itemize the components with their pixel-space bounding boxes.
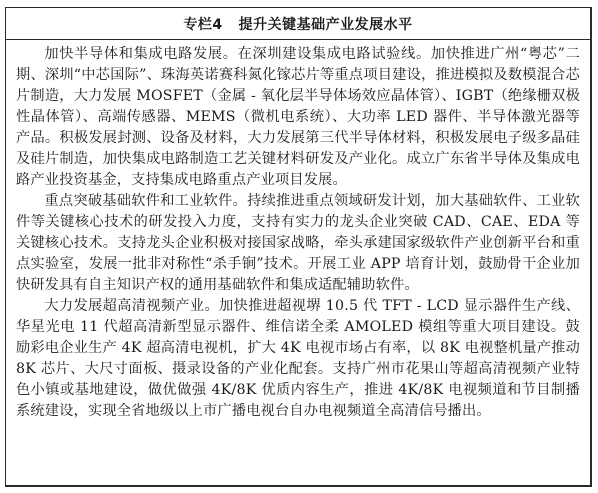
box-body: 加快半导体和集成电路发展。在深圳建设集成电路试验线。加快推进广州“粤芯”二期、深…: [6, 40, 590, 422]
box-header: 专栏4 提升关键基础产业发展水平: [6, 8, 590, 40]
paragraph-software: 重点突破基础软件和工业软件。持续推进重点领域研发计划，加大基础软件、工业软件等关…: [16, 191, 580, 296]
paragraph-semiconductor: 加快半导体和集成电路发展。在深圳建设集成电路试验线。加快推进广州“粤芯”二期、深…: [16, 44, 580, 191]
column-label: 专栏4: [183, 14, 222, 34]
paragraph-uhd-video: 大力发展超高清视频产业。加快推进超视堺 10.5 代 TFT - LCD 显示器…: [16, 296, 580, 422]
box-title: 提升关键基础产业发展水平: [239, 14, 413, 34]
column-box: 专栏4 提升关键基础产业发展水平 加快半导体和集成电路发展。在深圳建设集成电路试…: [5, 7, 592, 487]
